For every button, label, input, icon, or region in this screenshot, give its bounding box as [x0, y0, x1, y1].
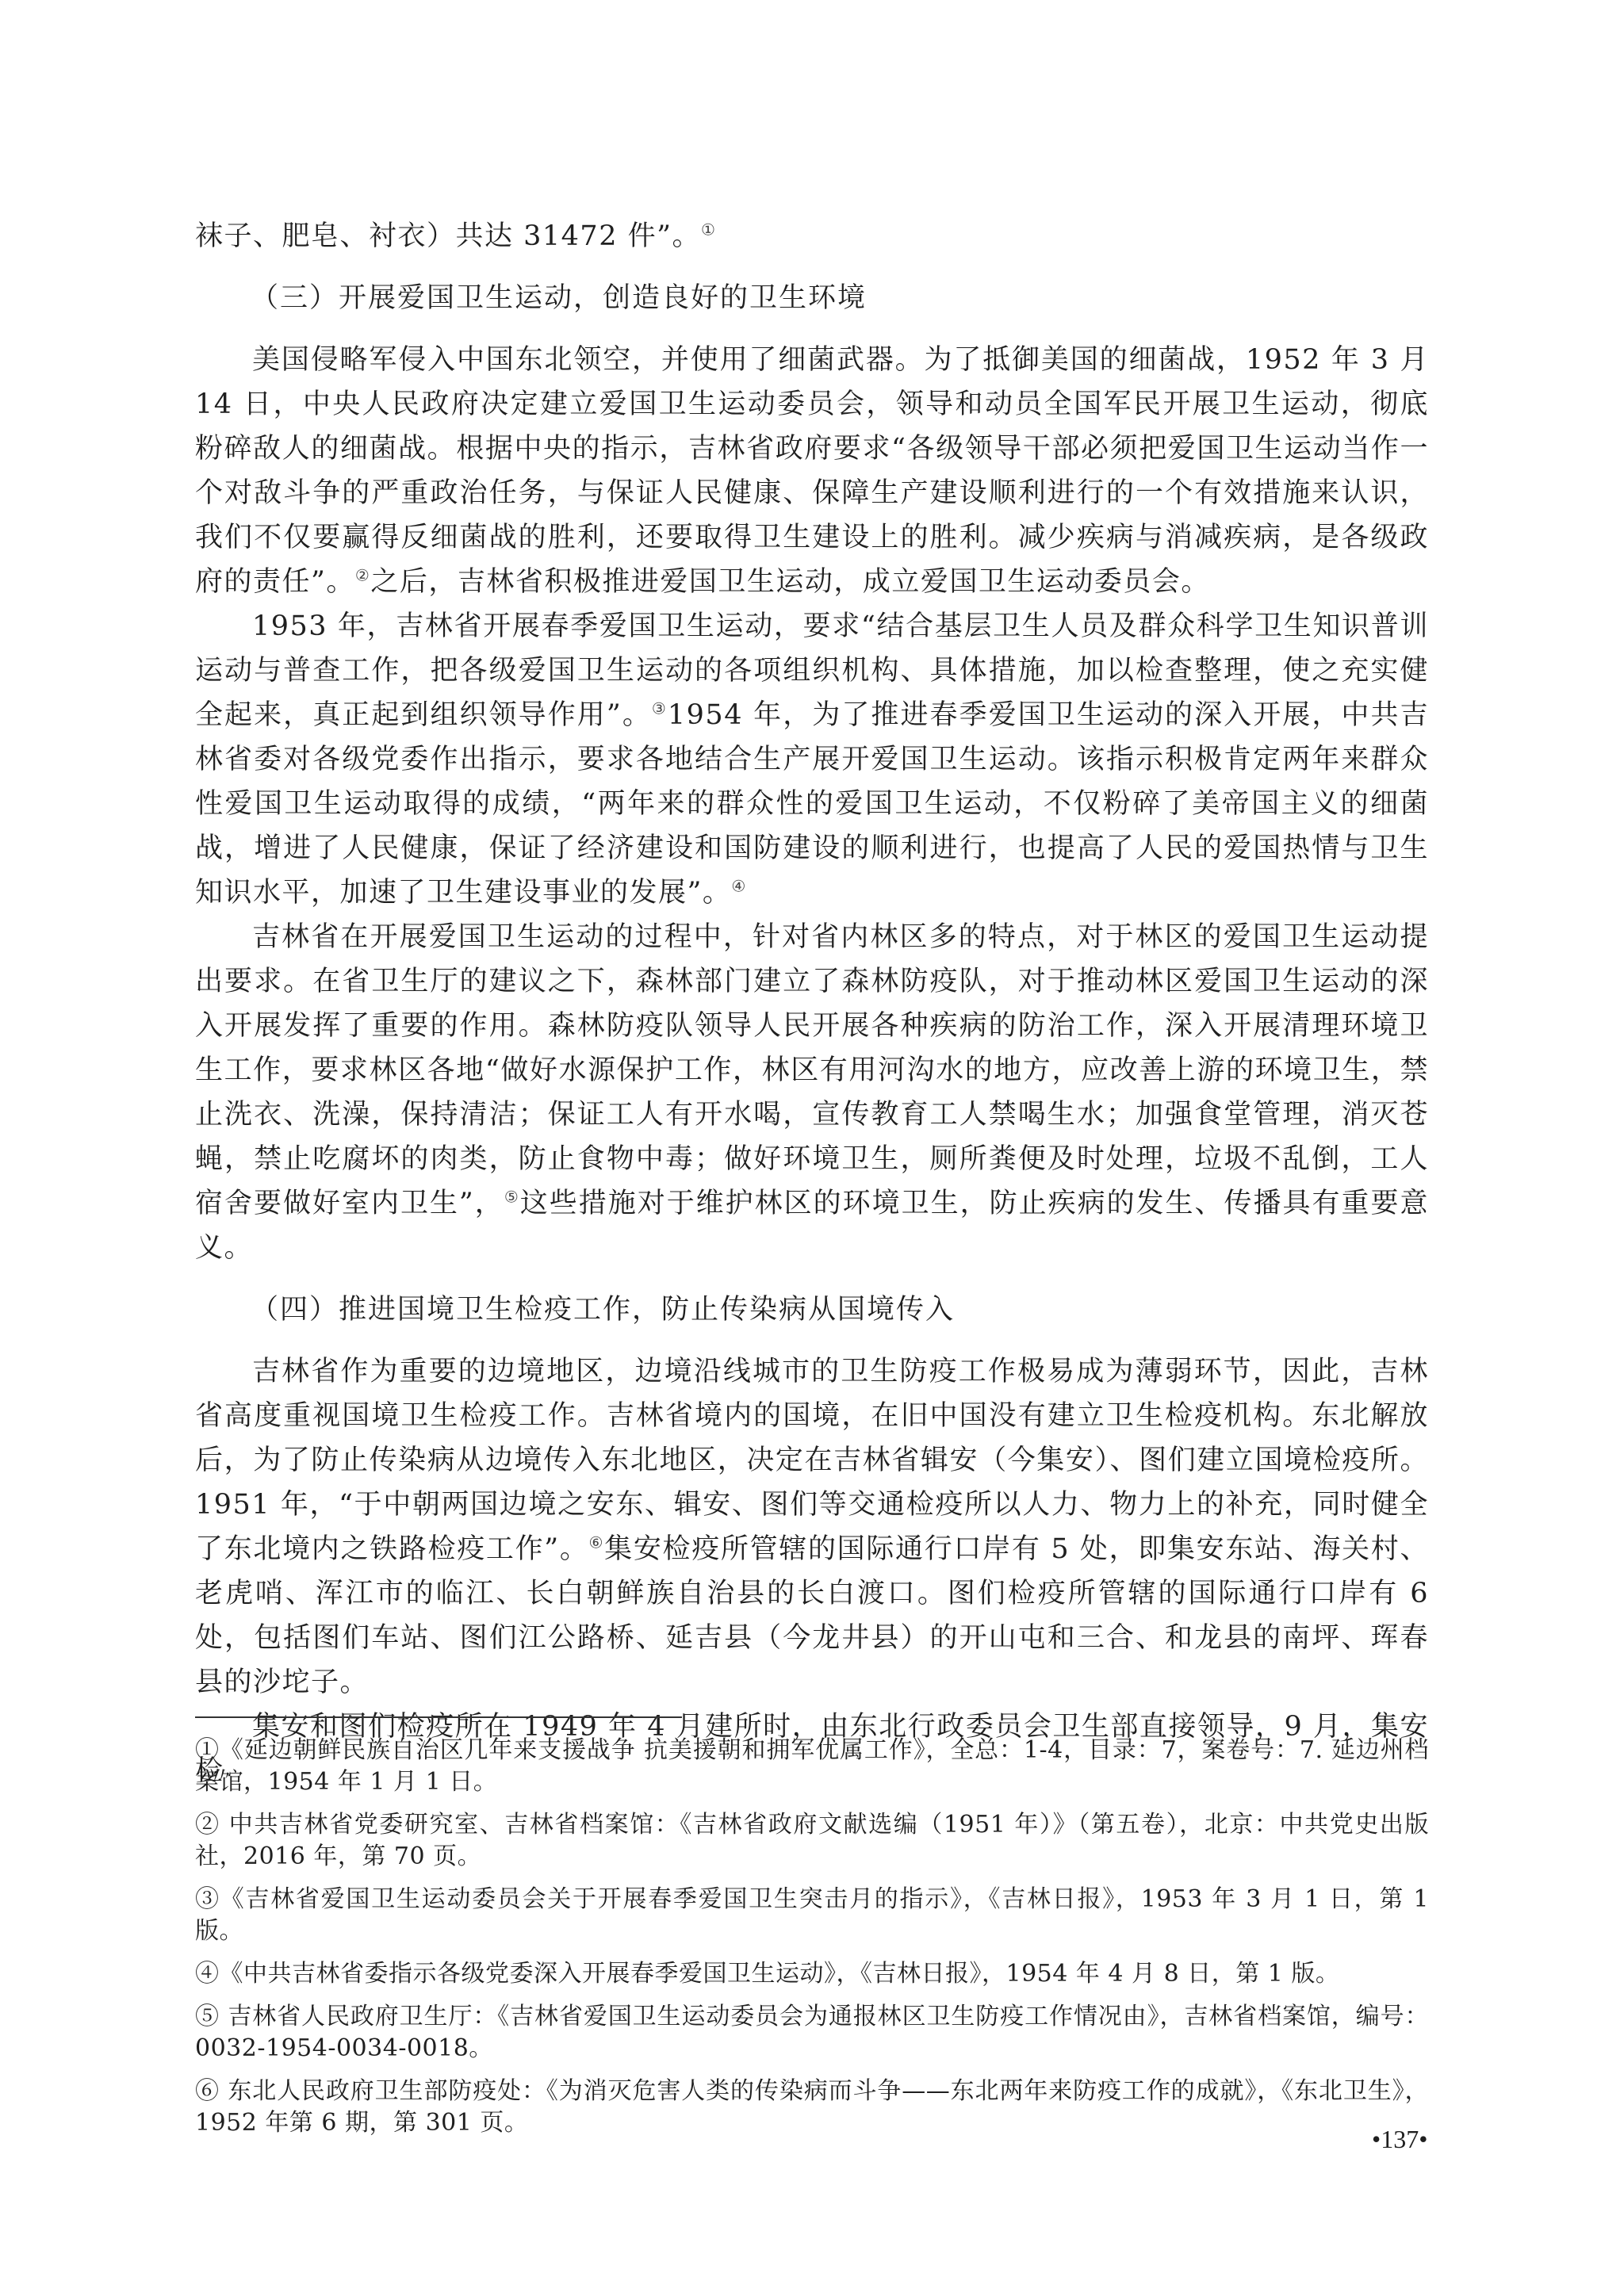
- footnote-5: ⑤ 吉林省人民政府卫生厅：《吉林省爱国卫生运动委员会为通报林区卫生防疫工作情况由…: [195, 2001, 1429, 2064]
- paragraph: 吉林省在开展爱国卫生运动的过程中，针对省内林区多的特点，对于林区的爱国卫生运动提…: [195, 915, 1429, 1270]
- paragraph: 美国侵略军侵入中国东北领空，并使用了细菌武器。为了抵御美国的细菌战，1952 年…: [195, 338, 1429, 604]
- section-heading-3: （三）开展爱国卫生运动，创造良好的卫生环境: [195, 276, 1429, 320]
- footnote-ref[interactable]: ①: [701, 220, 716, 239]
- footnote-4: ④《中共吉林省委指示各级党委深入开展春季爱国卫生运动》，《吉林日报》，1954 …: [195, 1958, 1429, 1990]
- paragraph: 吉林省作为重要的边境地区，边境沿线城市的卫生防疫工作极易成为薄弱环节，因此，吉林…: [195, 1349, 1429, 1705]
- footnote-ref[interactable]: ⑤: [504, 1187, 520, 1206]
- page-number: •137•: [1372, 2125, 1427, 2154]
- section-heading-4: （四）推进国境卫生检疫工作，防止传染病从国境传入: [195, 1288, 1429, 1332]
- footnote-divider: [195, 1716, 682, 1718]
- footnotes: ①《延边朝鲜民族自治区几年来支援战争 抗美援朝和拥军优属工作》，全总：1-4，目…: [195, 1735, 1429, 2150]
- paragraph-text: 袜子、肥皂、衬衣）共达 31472 件”。: [195, 220, 701, 252]
- footnote-1: ①《延边朝鲜民族自治区几年来支援战争 抗美援朝和拥军优属工作》，全总：1-4，目…: [195, 1735, 1429, 1798]
- paragraph-text: 之后，吉林省积极推进爱国卫生运动，成立爱国卫生运动委员会。: [370, 566, 1210, 598]
- footnote-ref[interactable]: ④: [731, 876, 746, 895]
- footnote-ref[interactable]: ②: [355, 565, 370, 584]
- footnote-ref[interactable]: ③: [652, 698, 668, 717]
- footnote-2: ② 中共吉林省党委研究室、吉林省档案馆：《吉林省政府文献选编（1951 年）》（…: [195, 1809, 1429, 1873]
- footnote-3: ③《吉林省爱国卫生运动委员会关于开展春季爱国卫生突击月的指示》，《吉林日报》，1…: [195, 1884, 1429, 1947]
- continuation-paragraph: 袜子、肥皂、衬衣）共达 31472 件”。①: [195, 214, 1429, 258]
- paragraph-text: 吉林省在开展爱国卫生运动的过程中，针对省内林区多的特点，对于林区的爱国卫生运动提…: [195, 921, 1429, 1219]
- footnote-ref[interactable]: ⑥: [589, 1533, 605, 1552]
- footnote-6: ⑥ 东北人民政府卫生部防疫处：《为消灭危害人类的传染病而斗争——东北两年来防疫工…: [195, 2076, 1429, 2139]
- page-body: 袜子、肥皂、衬衣）共达 31472 件”。① （三）开展爱国卫生运动，创造良好的…: [195, 214, 1429, 1793]
- paragraph-text: 美国侵略军侵入中国东北领空，并使用了细菌武器。为了抵御美国的细菌战，1952 年…: [195, 344, 1429, 598]
- paragraph: 1953 年，吉林省开展春季爱国卫生运动，要求“结合基层卫生人员及群众科学卫生知…: [195, 604, 1429, 915]
